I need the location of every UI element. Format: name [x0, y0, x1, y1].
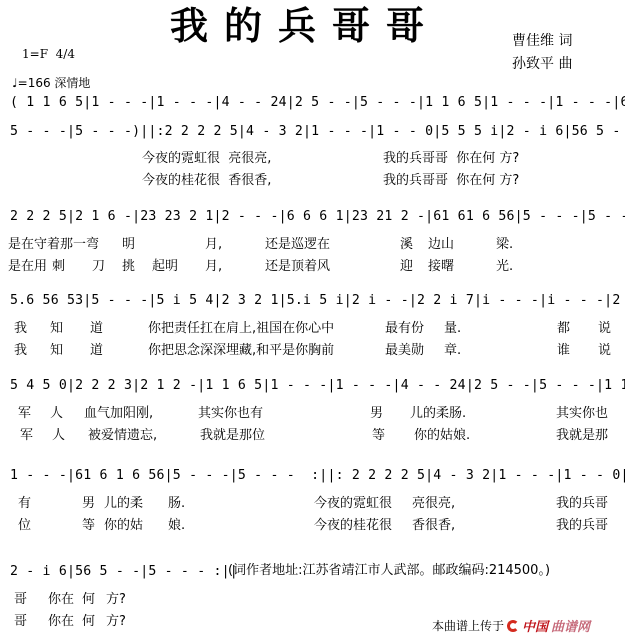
lyric-word: 等	[82, 518, 95, 534]
lyric-word: 娘.	[168, 518, 185, 534]
lyric-word: 我	[14, 343, 27, 359]
lyric-word: 等	[372, 428, 385, 444]
song-title: 我的兵哥哥	[170, 4, 440, 48]
lyric-word: 我就是那	[556, 428, 608, 444]
lyric-word: 其实你也	[556, 406, 608, 422]
lyric-word: 明	[122, 237, 135, 253]
lyric-word: 肠.	[168, 496, 185, 512]
lyric-word: 挑	[122, 259, 135, 275]
lyric-word: 何	[82, 614, 95, 630]
lyric-line-2-v1b: 我的兵哥哥 你在何 方?	[383, 151, 519, 167]
lyric-word: 何	[82, 592, 95, 608]
lyric-word: 溪	[400, 237, 413, 253]
lyric-word: 军	[20, 428, 33, 444]
lyric-word: 我	[14, 321, 27, 337]
lyric-word: 军	[18, 406, 31, 422]
lyric-word: 刺	[52, 259, 65, 275]
lyric-word: 人	[50, 406, 63, 422]
lyric-word: 月,	[205, 237, 222, 253]
lyric-word: 还是巡逻在	[265, 237, 330, 253]
lyric-word: 道	[90, 321, 103, 337]
lyric-word: 你的姑娘.	[414, 428, 470, 444]
lyric-word: 是在守着那一弯	[8, 237, 99, 253]
lyric-word: 今夜的霓虹很	[314, 496, 392, 512]
notation-line-7: 2 - i 6|56 5 - -|5 - - - :||	[10, 564, 238, 580]
lyric-word: 你在	[48, 592, 74, 608]
lyric-word: 人	[52, 428, 65, 444]
lyric-word: 血气加阳刚,	[84, 406, 153, 422]
key-meter: 1=F 4/4	[22, 47, 75, 61]
lyric-word: 香很香,	[412, 518, 455, 534]
lyric-word: 刀	[92, 259, 105, 275]
lyric-word: 是在用	[8, 259, 47, 275]
lyric-word: 光.	[496, 259, 513, 275]
tempo-marking: ♩=166 深情地	[12, 75, 90, 91]
notation-line-3: 2 2 2 5|2 1 6 -|23 23 2 1|2 - - -|6 6 6 …	[10, 209, 625, 225]
lyric-word: 边山	[428, 237, 454, 253]
notation-line-2: 5 - - -|5 - - -)||:2 2 2 2 5|4 - 3 2|1 -…	[10, 124, 625, 140]
composer-credit: 孙致平 曲	[512, 56, 572, 72]
lyric-word: 男	[370, 406, 383, 422]
lyricist-address-note: (词作者地址:江苏省靖江市人武部。邮政编码:214500。)	[228, 563, 550, 579]
lyric-word: 儿的柔肠.	[410, 406, 466, 422]
lyric-word: 方?	[106, 592, 126, 608]
lyric-word: 我的兵哥	[556, 518, 608, 534]
lyric-word: 你的姑	[104, 518, 143, 534]
lyric-word: 哥	[14, 592, 27, 608]
lyric-word: 方?	[106, 614, 126, 630]
lyric-word: 儿的柔	[104, 496, 143, 512]
lyric-word: 男	[82, 496, 95, 512]
lyric-line-2-v2b: 我的兵哥哥 你在何 方?	[383, 173, 519, 189]
lyric-word: 最有份	[385, 321, 424, 337]
lyric-word: 起明	[152, 259, 178, 275]
lyric-line-2-v1a: 今夜的霓虹很 亮很亮,	[142, 151, 271, 167]
lyric-line-2-v2a: 今夜的桂花很 香很香,	[142, 173, 271, 189]
lyric-word: 我的兵哥	[556, 496, 608, 512]
lyric-word: 章.	[444, 343, 461, 359]
lyric-word: 道	[90, 343, 103, 359]
lyric-word: 梁.	[496, 237, 513, 253]
logo-text-qupuwang: 曲谱网	[551, 616, 590, 635]
notation-line-4: 5.6 56 53|5 - - -|5 i 5 4|2 3 2 1|5.i 5 …	[10, 293, 625, 309]
lyric-word: 亮很亮,	[412, 496, 455, 512]
lyric-word: 还是顶着风	[265, 259, 330, 275]
upload-notice: 本曲谱上传于	[432, 617, 504, 634]
lyric-word: 位	[18, 518, 31, 534]
lyric-word: 最美勋	[385, 343, 424, 359]
logo-mark-icon	[507, 620, 519, 632]
lyricist-credit: 曹佳维 词	[512, 33, 572, 49]
lyric-word: 谁	[557, 343, 570, 359]
lyric-word: 说	[598, 343, 611, 359]
logo-text-zhongguo: 中国	[522, 616, 548, 635]
notation-line-5: 5 4 5 0|2 2 2 3|2 1 2 -|1 1 6 5|1 - - -|…	[10, 378, 625, 394]
notation-line-6: 1 - - -|61 6 1 6 56|5 - - -|5 - - - :||:…	[10, 468, 625, 484]
lyric-word: 知	[50, 321, 63, 337]
lyric-word: 知	[50, 343, 63, 359]
lyric-word: 被爱情遗忘,	[88, 428, 157, 444]
lyric-word: 你把责任扛在肩上,祖国在你心中	[148, 321, 334, 337]
lyric-word: 我就是那位	[200, 428, 265, 444]
lyric-word: 迎	[400, 259, 413, 275]
site-logo[interactable]: 中国曲谱网	[507, 616, 590, 635]
lyric-word: 量.	[444, 321, 461, 337]
lyric-word: 你在	[48, 614, 74, 630]
lyric-word: 月,	[205, 259, 222, 275]
lyric-word: 今夜的桂花很	[314, 518, 392, 534]
lyric-word: 你把思念深深埋藏,和平是你胸前	[148, 343, 334, 359]
lyric-word: 接曙	[428, 259, 454, 275]
lyric-word: 其实你也有	[198, 406, 263, 422]
notation-line-1: ( 1 1 6 5|1 - - -|1 - - -|4 - - 24|2 5 -…	[10, 95, 625, 111]
lyric-word: 有	[18, 496, 31, 512]
lyric-word: 说	[598, 321, 611, 337]
lyric-word: 哥	[14, 614, 27, 630]
lyric-word: 都	[557, 321, 570, 337]
